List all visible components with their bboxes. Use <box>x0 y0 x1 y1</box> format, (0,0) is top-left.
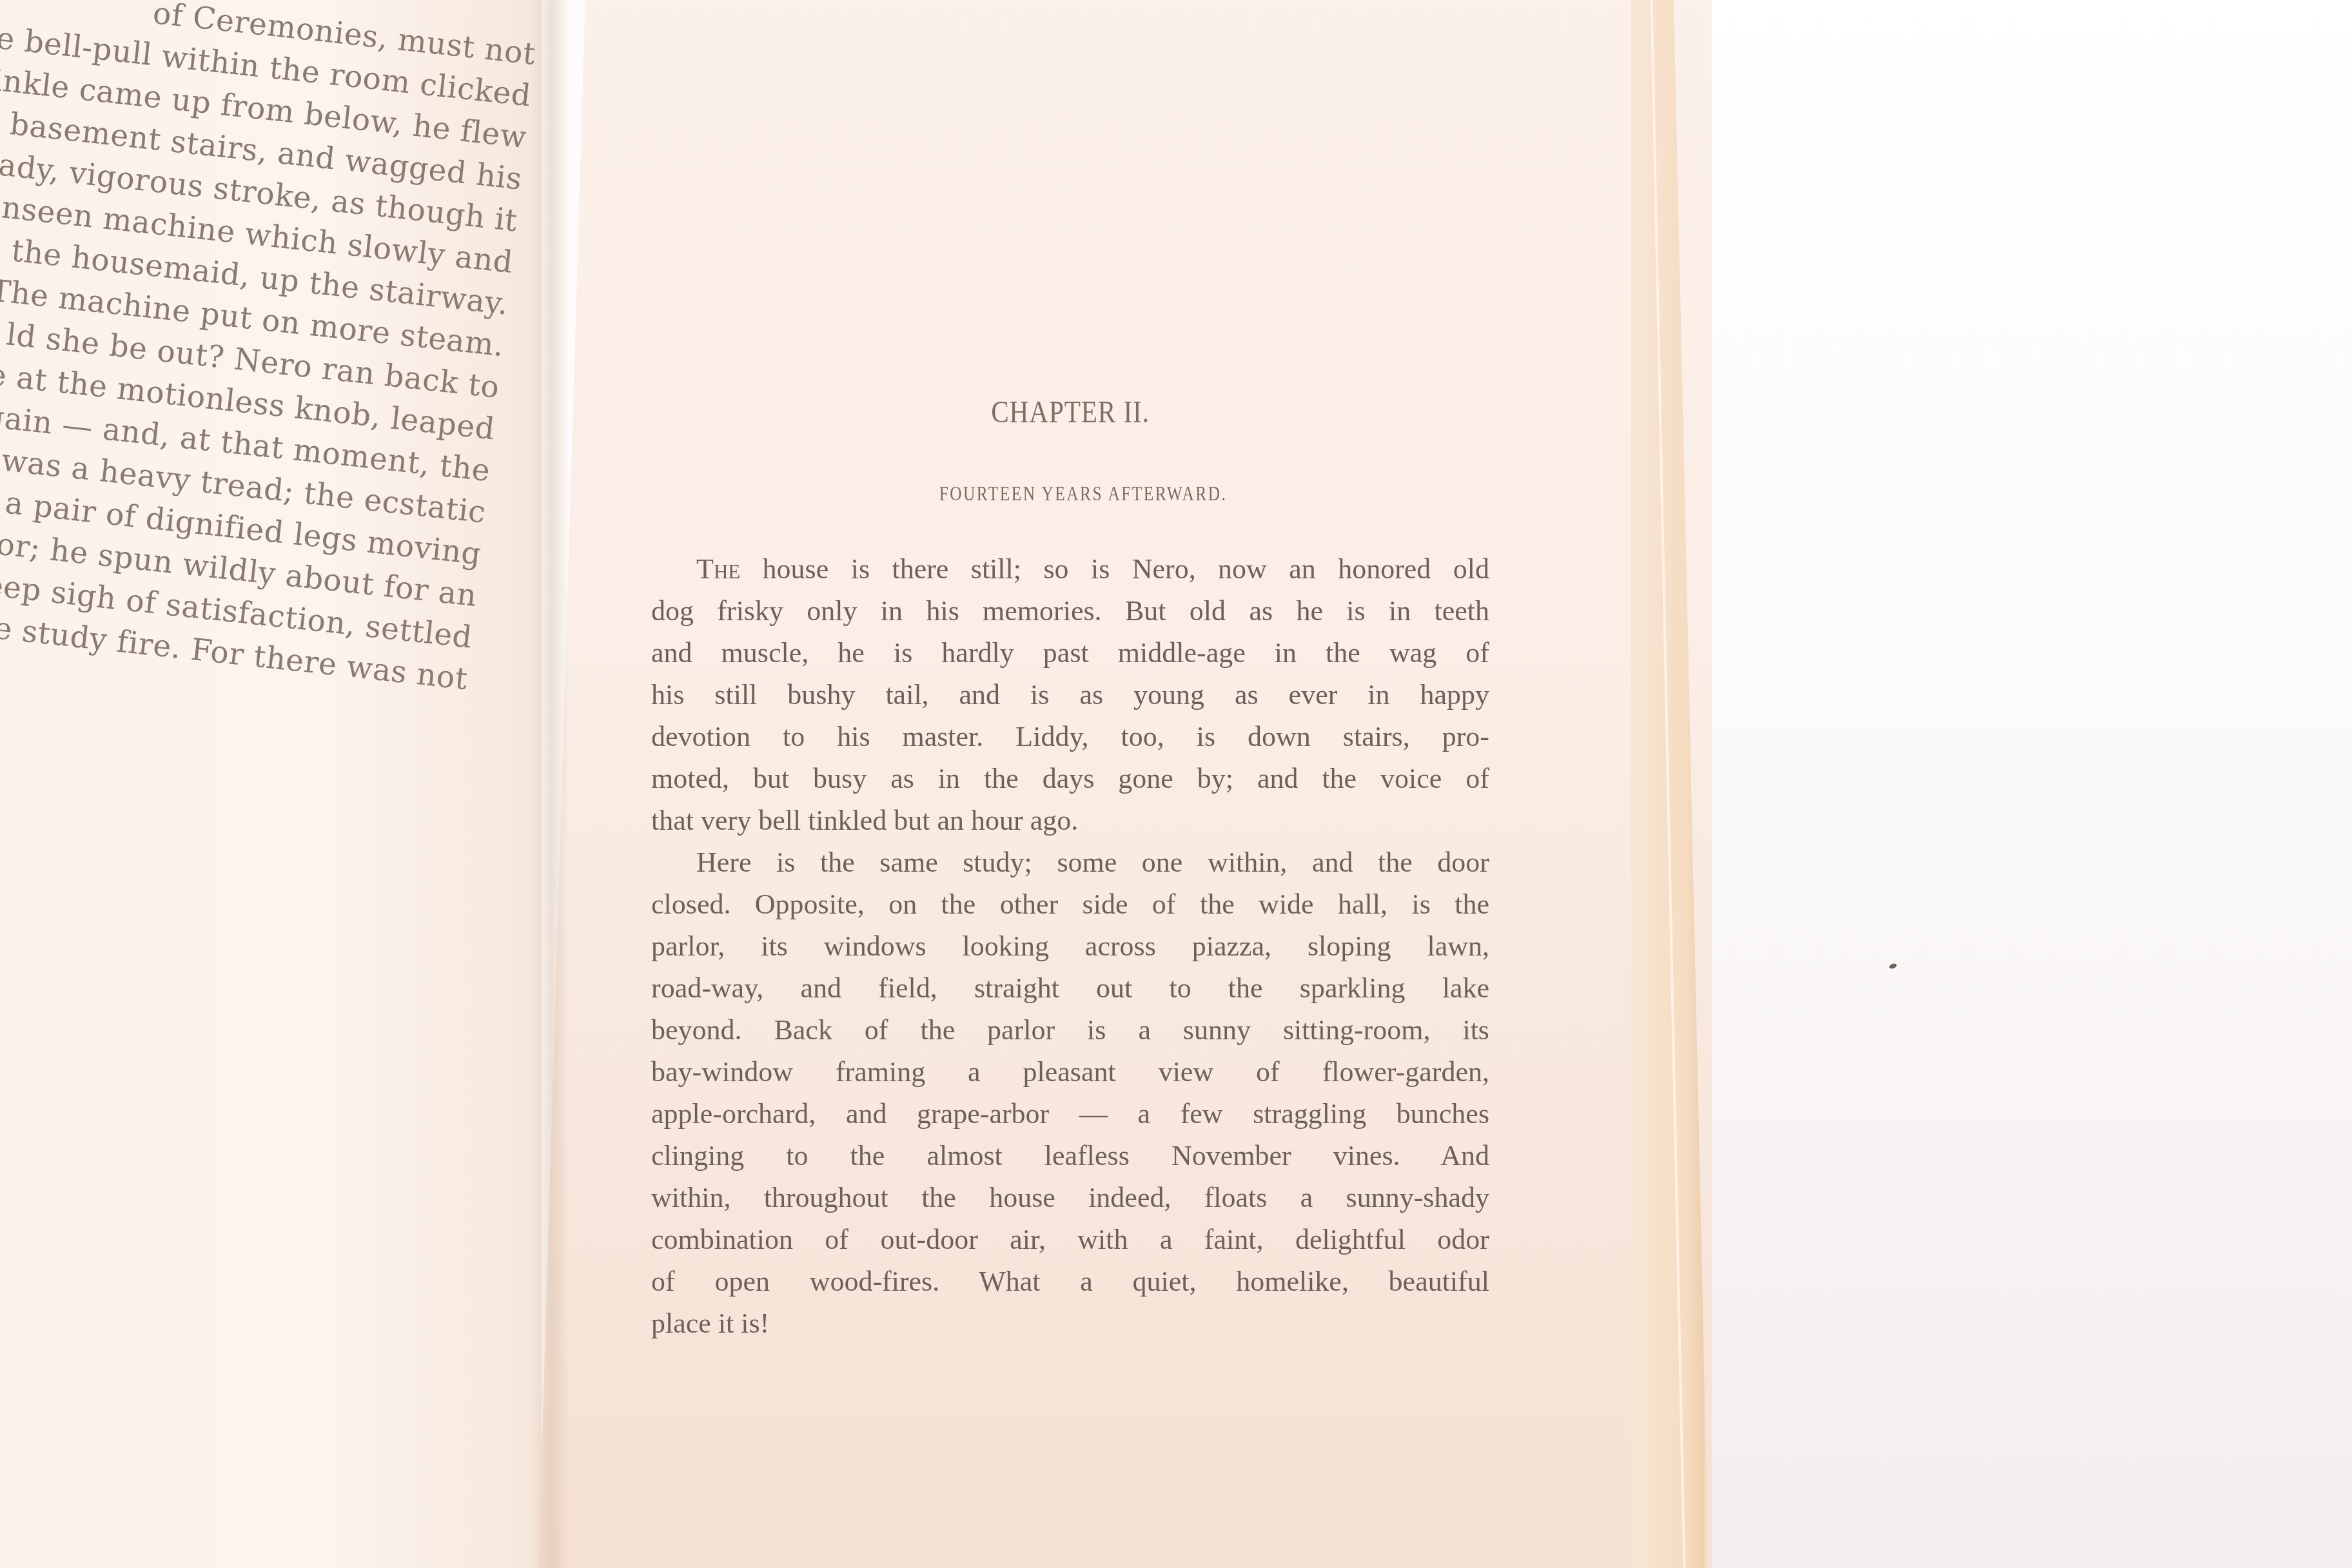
text-line: clinging to the almost leafless November… <box>651 1135 1489 1177</box>
text-line: devotion to his master. Liddy, too, is d… <box>651 716 1489 758</box>
text-line: dog frisky only in his memories. But old… <box>651 590 1489 632</box>
text-line: combination of out-door air, with a fain… <box>651 1219 1489 1260</box>
text-line: Here is the same study; some one within,… <box>651 841 1489 883</box>
text-line: place it is! <box>651 1302 1489 1344</box>
text-line: moted, but busy as in the days gone by; … <box>651 758 1489 799</box>
book-photo: of Ceremonies, must not the bell-pull wi… <box>0 0 2352 1568</box>
chapter-body: The house is there still; so is Nero, no… <box>651 548 1489 1344</box>
text-line: of open wood-fires. What a quiet, homeli… <box>651 1260 1489 1302</box>
left-page-text: of Ceremonies, must not the bell-pull wi… <box>0 0 538 700</box>
chapter-subtitle: FOURTEEN YEARS AFTERWARD. <box>914 482 1253 505</box>
text-line: closed. Opposite, on the other side of t… <box>651 883 1489 925</box>
text-line: within, throughout the house indeed, flo… <box>651 1177 1489 1219</box>
chapter-heading: CHAPTER II. <box>981 395 1159 430</box>
text-line: The house is there still; so is Nero, no… <box>651 548 1489 590</box>
text-line-rest: house is there still; so is Nero, now an… <box>740 553 1489 585</box>
text-line: apple-orchard, and grape-arbor — a few s… <box>651 1093 1489 1135</box>
white-backdrop <box>1702 0 2352 1568</box>
text-line: bay-window framing a pleasant view of fl… <box>651 1051 1489 1093</box>
text-line: his still bushy tail, and is as young as… <box>651 674 1489 716</box>
text-line: road-way, and field, straight out to the… <box>651 967 1489 1009</box>
lead-word: The <box>696 553 740 585</box>
text-line: and muscle, he is hardly past middle-age… <box>651 632 1489 674</box>
text-line: beyond. Back of the parlor is a sunny si… <box>651 1009 1489 1051</box>
text-line: that very bell tinkled but an hour ago. <box>651 799 1489 841</box>
left-page: of Ceremonies, must not the bell-pull wi… <box>0 0 542 1568</box>
book-gutter <box>529 0 567 1568</box>
text-line: parlor, its windows looking across piazz… <box>651 925 1489 967</box>
